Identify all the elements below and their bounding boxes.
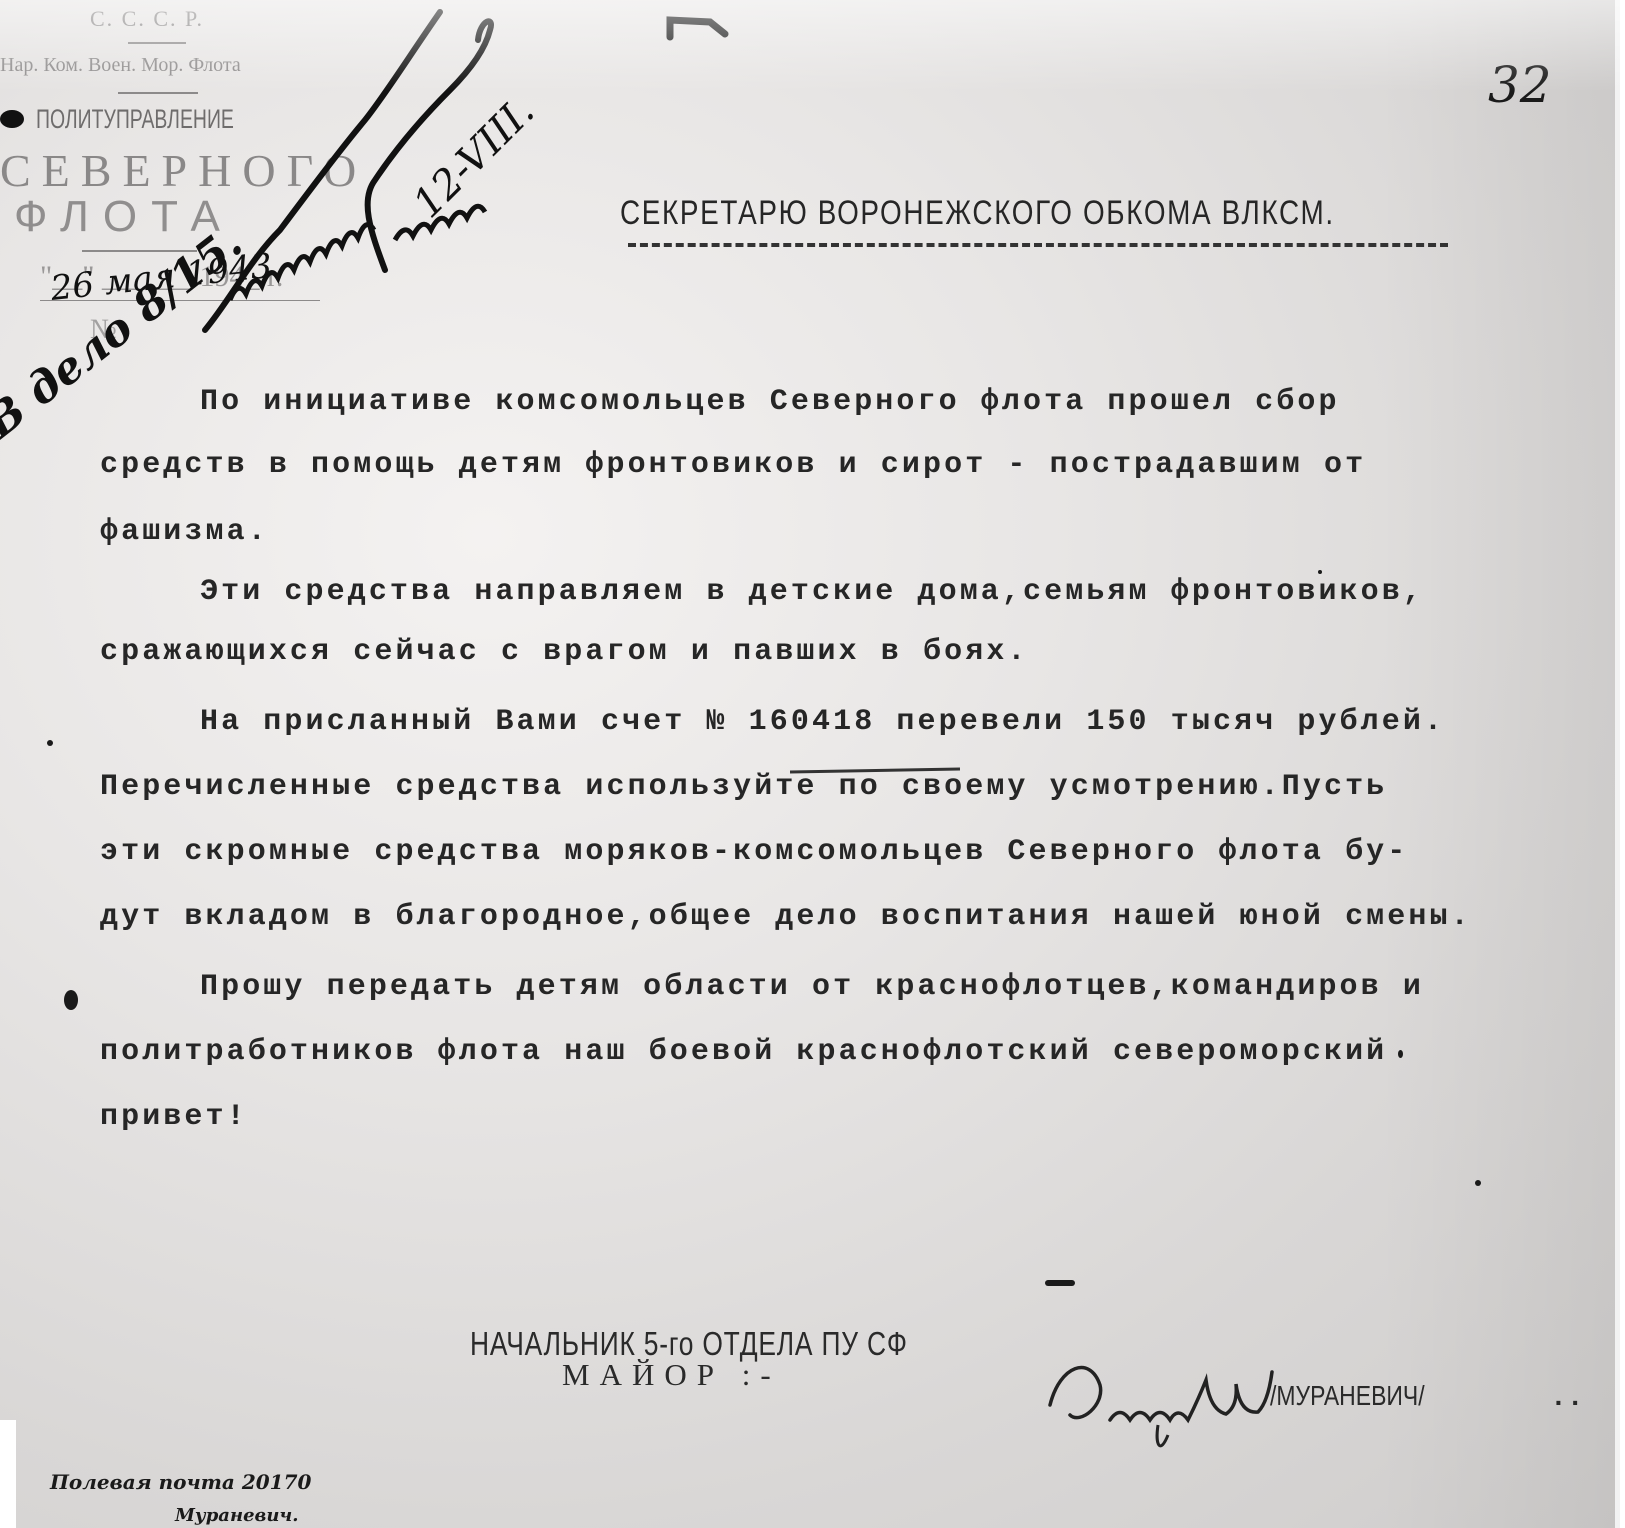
body-line: Эти средства направляем в детские дома,с… <box>200 575 1424 609</box>
body-line: По инициативе комсомольцев Северного фло… <box>200 385 1340 419</box>
scan-border <box>0 1420 16 1528</box>
trailing-marks: .. <box>1550 1383 1584 1414</box>
body-line: Перечисленные средства используйте по св… <box>100 770 1387 804</box>
addressee-underline <box>628 243 1448 247</box>
body-line: фашизма. <box>100 515 269 549</box>
body-line: Прошу передать детям области от краснофл… <box>200 970 1424 1004</box>
letterhead-fleet-line2: ФЛОТА <box>14 192 234 242</box>
body-line: политработников флота наш боевой красноф… <box>100 1035 1387 1069</box>
signature-scrawl-top <box>368 21 491 270</box>
signatory-rank: МАЙОР :- <box>562 1357 781 1393</box>
handwritten-signature <box>1040 1345 1300 1455</box>
signatory-name: /МУРАНЕВИЧ/ <box>1270 1380 1425 1412</box>
letterhead-date-line <box>40 300 320 301</box>
body-line: На присланный Вами счет № 160418 перевел… <box>200 705 1445 739</box>
body-line: дут вкладом в благородное,общее дело вос… <box>100 900 1472 934</box>
letterhead-ministry: Нар. Ком. Воен. Мор. Флота <box>0 54 241 77</box>
scan-border <box>1615 0 1620 1528</box>
ink-blot <box>0 110 24 128</box>
letterhead-country: С. С. С. Р. <box>90 6 204 32</box>
letterhead-divider <box>118 92 198 94</box>
body-line: привет! <box>100 1100 248 1134</box>
letterhead-fleet-line1: СЕВЕРНОГО <box>0 144 367 197</box>
body-line: сражающихся сейчас с врагом и павших в б… <box>100 635 1029 669</box>
ink-mark <box>665 12 735 42</box>
letterhead-department: ПОЛИТУПРАВЛЕНИЕ <box>36 104 234 135</box>
footer-signature-note: Мураневич. <box>175 1505 299 1526</box>
body-line: средств в помощь детям фронтовиков и сир… <box>100 448 1366 482</box>
folio-number: 32 <box>1488 56 1552 114</box>
letterhead-divider <box>128 42 186 44</box>
scanned-document-page: С. С. С. Р. Нар. Ком. Воен. Мор. Флота П… <box>0 0 1620 1528</box>
letterhead-divider <box>82 250 197 252</box>
footer-field-post-note: Полевая почта 20170 <box>50 1470 311 1494</box>
handwritten-date-note: 12-VIII. <box>405 88 544 227</box>
letterhead-date-field: "__" ______ 194_ г. <box>40 260 340 294</box>
addressee-heading: СЕКРЕТАРЮ ВОРОНЕЖСКОГО ОБКОМА ВЛКСМ. <box>620 194 1335 233</box>
letterhead-number-field: № <box>90 314 117 346</box>
body-line: эти скромные средства моряков-комсомольц… <box>100 835 1408 869</box>
